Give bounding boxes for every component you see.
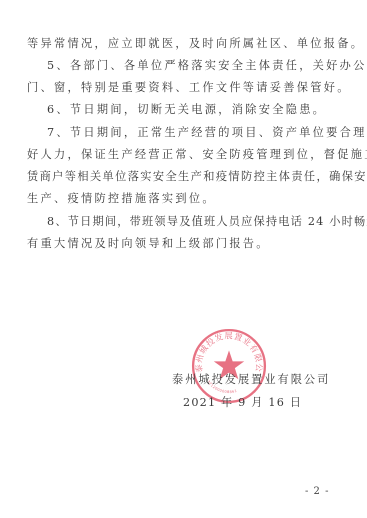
signature-organization: 泰州城投发展置业有限公司 xyxy=(172,371,330,387)
page-number: - 2 - xyxy=(305,486,329,497)
paragraph-7-line-2: 好人力，保证生产经营正常、安全防疫管理到位，督促施工、租 xyxy=(27,148,367,162)
paragraph-8-line-2: 有重大情况及时向领导和上级部门报告。 xyxy=(27,237,270,251)
document-page: 等异常情况，应立即就医，及时向所属社区、单位报备。 5、各部门、各单位严格落实安… xyxy=(0,0,367,518)
signature-date: 2021 年 9 月 16 日 xyxy=(183,394,302,410)
paragraph-5-line-1: 5、各部门、各单位严格落实安全主体责任，关好办公室的 xyxy=(47,59,367,73)
paragraph-7-line-4: 生产、疫情防控措施落实到位。 xyxy=(27,192,216,206)
paragraph-6-line-1: 6、节日期间，切断无关电源，消除安全隐患。 xyxy=(47,103,326,117)
paragraph-8-line-1: 8、节日期间，带班领导及值班人员应保持电话 24 小时畅通， xyxy=(47,215,367,229)
paragraph-7-line-1: 7、节日期间，正常生产经营的项目、资产单位要合理安排 xyxy=(47,126,367,140)
paragraph-7-line-3: 赁商户等相关单位落实安全生产和疫情防控主体责任，确保安全 xyxy=(27,170,367,184)
paragraph-5-line-2: 门、窗，特别是重要资料、工作文件等请妥善保管好。 xyxy=(27,81,351,95)
paragraph-4-line-2: 等异常情况，应立即就医，及时向所属社区、单位报备。 xyxy=(27,37,364,51)
